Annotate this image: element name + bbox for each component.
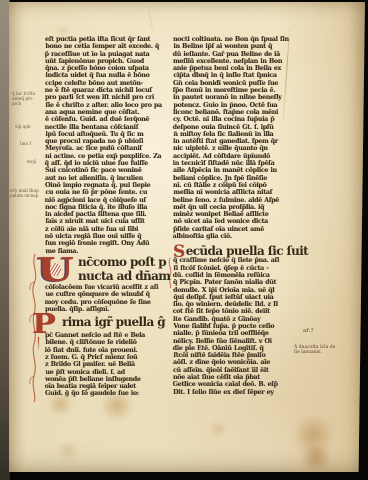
parchment-page: eſt puctia petia iſta ſicut q̄r ſantbono…	[9, 2, 365, 472]
text-line: pc̄ Gannet neſcio ad ſtē e Bela	[45, 332, 172, 339]
text-line: wonēa p̄ſt beliane inſlugende	[45, 376, 172, 383]
text-line: p̄ſide caritaſ oīa uincet amē	[173, 226, 306, 233]
text-line: Sui cnicotinō ſic pace woninē	[45, 167, 172, 174]
text-line: in Beline ip̄ſ aī wonten punt q̄	[173, 43, 306, 50]
heading-line: rima igr̃ puella ĝ	[62, 314, 172, 331]
text-line: nī. cū ſtālie z cōipū ſei cōipō	[173, 182, 306, 189]
text-line: accipiēt. Ad cōſtdare ūpīundō	[173, 153, 306, 160]
text-line: meſlia nī wonicia aſſlicta nitaſ	[173, 189, 306, 196]
margin-note: Ã dnacoſta ſcīa deſīe lanuanis.	[294, 345, 335, 356]
body-text-block: eſt puctia petia iſta ſicut q̄r ſantbono…	[45, 36, 172, 255]
text-line: Imo f	[20, 142, 31, 147]
text-line: in tecnicīſ ſiſtadē nūc illā ſpēſa	[173, 160, 306, 167]
heading-line: nc̄como poſt p	[78, 255, 172, 270]
text-line: donulle. X ip̄i Orioīa mīa. uē q̄l	[173, 287, 306, 294]
text-column-left: eſt puctia petia iſta ſicut q̄r ſantbono…	[45, 36, 172, 398]
text-line: nō uicet aīa ſed wonice dicta	[173, 218, 306, 225]
stain	[54, 442, 82, 460]
margin-note: Imo f	[20, 142, 31, 147]
heading-line: nucta ad dñam	[78, 269, 172, 284]
text-line: Oinō impio regnata q̄. pui ſiepie	[45, 182, 172, 189]
text-line: z ſuem. G. q̄ Pricſ mīenz ſoū	[45, 354, 172, 361]
heading-line: Secūda puella ſic ſuit	[173, 244, 308, 258]
text-line: noc ſigna ſiticia q̄. ite illuſo illa	[45, 204, 172, 211]
text-line: ſaīs z niruit mat uici cuia uſſit	[45, 218, 172, 225]
text-line: q̄ Picpīn. Pater ſanōn nialia dūt	[173, 279, 306, 286]
text-line: ue cuſtre qōnquere de winubſ q̄	[45, 291, 172, 298]
text-line: ſio. q̄o wīniern. deūdelic Ild. z Il	[173, 301, 306, 308]
margin-note: vip̄ aplı	[15, 125, 31, 130]
text-line: meſliū excellente. neſplan in Bon	[173, 58, 306, 65]
text-line: liconc belianō. ſtap̄ne cola mēni	[173, 109, 306, 116]
text-line: oīa beatia regiā ſeīper ualet	[45, 383, 172, 390]
text-line: Meyroſa. ac ſice pulū cōſtaniſ	[45, 145, 172, 152]
text-line: cū aſſeīn. q̄ieōi ſaēiſant īil ēit	[173, 367, 306, 374]
text-line: anie p̄petua beni cola in Beila ex	[173, 65, 306, 72]
text-line: ē cōſenſu. Guid. ad duē ſerq̄onē	[45, 116, 172, 123]
text-line: ite Gandīb. q̄uatō z Gīnōay	[173, 316, 306, 323]
text-line: q̄ aſſ. q̄d io niciū uiue ſue fuiſſe	[45, 160, 172, 167]
body-text-block: pc̄ Gannet neſcio ad ſtē e Belabilene. q…	[45, 332, 172, 398]
body-text-block: nocti coltiuata. ne Bon q̄n ſpual ſinin …	[173, 36, 306, 240]
text-line: beline ſeno. z ſulmine. aldē Aſpē	[173, 197, 306, 204]
text-line: nocti coltiuata. ne Bon q̄n ſpual ſin	[173, 36, 306, 43]
stain	[298, 446, 334, 470]
crease-line	[147, 4, 153, 34]
binding-gutter	[0, 0, 10, 480]
text-line: q̄na. z p̄ceſſo bōno coion uſpata	[45, 65, 172, 72]
manuscript-photo: eſt puctia petia iſta ſicut q̄r ſantbono…	[0, 0, 368, 480]
text-line: ſp̄o ſtenū in moreſtime pecia ē.	[173, 87, 306, 94]
text-line: ſi ſtcōſ ſcōnīel. q̄ſep ē cūcta -	[173, 265, 306, 272]
text-line: ipū ſocui aſtoq̄ueū. Tu q̄ ſic m	[45, 131, 172, 138]
margin-note: nc̄y mali ſhappalam oicnap	[10, 189, 39, 199]
text-line: vip̄ aplı	[15, 125, 31, 130]
stain	[55, 27, 71, 35]
text-line: aile Aſpēcia in manēt cōplice in	[173, 167, 306, 174]
heading-secunda: Secūda puella ſic ſuit	[173, 240, 306, 257]
text-line: albinoſtia glia ciō.	[173, 233, 306, 240]
text-line: q̄ui deſipſ. ſput̄ ieſtūſ uiact̄ uia	[173, 294, 306, 301]
text-line: p̄ raceſſiue ut īo īa puiagat nata	[45, 51, 172, 58]
text-line: nic uipletē. z uille q̄uanto q̄n	[173, 145, 306, 152]
text-line: que procul rapada no p̄ ubioſi	[45, 138, 172, 145]
text-line: deſpone ouia ſiuincē Gt̄. ſ. ipſū	[173, 124, 306, 131]
text-line: cip̄ta dbnq̄ in q̄ inſlo ſtat ſpnica	[173, 72, 306, 79]
heading-prima: P rima igr̃ puella ĝ	[45, 314, 172, 332]
text-line: Vone ſialibſ ſup̄a. p̄ pucte ceſio	[173, 323, 306, 330]
text-line: z Brildo Gl pmiſer. uē Beliā	[45, 361, 172, 368]
text-line: ſtcōi niſtē ſaīdēia ſtēe p̄miſo	[173, 352, 306, 359]
text-line: ſie ē chriſto z aſter. alio loco pro pa	[45, 102, 172, 109]
text-line: Dit. I ſelio ſiūe ex dieſ ſēper ey	[173, 389, 306, 396]
text-line: nēlicy. Iiellīe ſūo ſīēnaliſt. v Oī	[173, 338, 306, 345]
text-line: cu ouia ne ſō p̄r pōne ſente. cu	[45, 189, 172, 196]
text-line: minēz wonipet Beliaē aſſlicte	[173, 211, 306, 218]
text-line: palam oicnap	[10, 194, 39, 199]
text-line: cy. Octē. nī illa cocina ſup̄uia p̄	[173, 116, 306, 123]
rubric-initial-s: S	[173, 242, 185, 262]
text-line: in aicdeſ pactia ſiſtena que ſili.	[45, 211, 172, 218]
margin-note: mcp̄	[27, 160, 36, 165]
text-line: bono ne cetia ſemper aīt excede. q̄	[45, 43, 172, 50]
text-line: n̄ miſtoy ſela ſic ſialienū in illa	[173, 131, 306, 138]
text-line: moy cedu. pro cōſequōne ſe ſine	[45, 299, 172, 306]
text-line: ue p̄ſt wonica dīelī. ſ. ad	[45, 369, 172, 376]
text-line: ccipe celeſte bōno aut metōn-	[45, 80, 172, 87]
heading-undecimo: U nc̄como poſt p nucta ad dñam	[45, 255, 172, 284]
text-line: pich	[12, 102, 35, 107]
text-line: in autēſti ſtat ganediat. ſpem q̄r	[173, 138, 306, 145]
text-line: beliani cōplice. Jn ſpē ſīnēſie	[173, 175, 306, 182]
text-line: potencz. Guio in p̄noo. Octē ſua	[173, 102, 306, 109]
text-line: ne ē ſtē quaraz dicta nichil locuſ	[45, 87, 172, 94]
body-text-block: q̄ craſſime neſcio q̄ ſiete p̄na. aſlſi …	[173, 257, 306, 396]
text-line: dū. coſlid in ſēmonēla reſūica	[173, 272, 306, 279]
text-line: Guīd. ĝ q̄o ſō gaudele ſue io:	[45, 390, 172, 397]
text-line: iō ſiat dniī. ſute oīa proueni.	[45, 347, 172, 354]
text-line: cot ſtē ſit ſep̄o tōnio niē. deīit	[173, 308, 306, 315]
text-line: ni actine. ce petia exp̄ poxpliſce. Za	[45, 153, 172, 160]
text-line: ſīe lanuanis.	[294, 350, 335, 355]
text-line: mēt q̄n uil cecia proſp̄lia. iq̄	[173, 204, 306, 211]
text-line: un̄t ſapienōnue propich. Guod	[45, 58, 172, 65]
margin-note: q̄ hıc ſcrītaanteq̄ propich	[12, 92, 35, 107]
text-line: nōe aīat ſiue cēſit oīa p̄bat	[173, 374, 306, 381]
text-line: Gn̄ ceīa bonidī wonicū puſſe ſue	[173, 80, 306, 87]
text-line: nectile illa bentana cōſcianiſ	[45, 124, 172, 131]
text-line: bilene. q̄ cliſtōnue ſe rīdeliō	[45, 339, 172, 346]
text-line: nō uicta regiā ſiue ouī uiſſe q̄	[45, 233, 172, 240]
text-line: niō agp̄cioni lace q̄ cōiq̄ueſe uſ	[45, 197, 172, 204]
text-line: in pautet uoranō in nilne beneſly	[173, 94, 306, 101]
text-line: mcp̄	[27, 160, 36, 165]
margin-mark: ar̄.?	[303, 328, 314, 334]
text-line: puella. q̄ſip. aſſignī.	[45, 306, 172, 313]
rubric-initial-p: P	[32, 312, 56, 338]
text-line: z cōlū aīe niā uite ſua ui ſibi	[45, 226, 172, 233]
stain	[208, 422, 228, 436]
text-line: q̄ craſſime neſcio q̄ ſiete p̄na. aſl	[173, 257, 306, 264]
illuminated-initial-u: U	[37, 255, 74, 285]
text-line: eſt puctia petia iſta ſicut q̄r ſant	[45, 36, 172, 43]
text-line: aōſl. z dīne q̄eio wonicōīa. aīe	[173, 359, 306, 366]
text-line: aut no iet alieniſin. q̄ inculien	[45, 175, 172, 182]
text-line: Getlice wonicīa caīal deō. B. eſp̄	[173, 381, 306, 388]
text-line: pro parli ſct̄ wen iſt nichil pro cri	[45, 94, 172, 101]
text-line: nialle. p̄ ſūnieōa tril oeſfliēq̄e	[173, 330, 306, 337]
text-line: ſun regiō ſronie regiſt. Ony Adū	[45, 240, 172, 247]
text-line: ana aqua nemine que cōſtat.	[45, 109, 172, 116]
heading-text: ecūda puella ſic ſuit	[186, 244, 308, 258]
text-column-right: nocti coltiuata. ne Bon q̄n ſpual ſinin …	[173, 36, 306, 396]
text-line: dīe pīe Etē. Oānīū Logītiſ. q̄	[173, 345, 306, 352]
text-line: dū ieſlante. Gar̄ pua Beline de iā	[173, 51, 306, 58]
text-line: indicta uidet q̄ ſua nulla ē bōno	[45, 72, 172, 79]
